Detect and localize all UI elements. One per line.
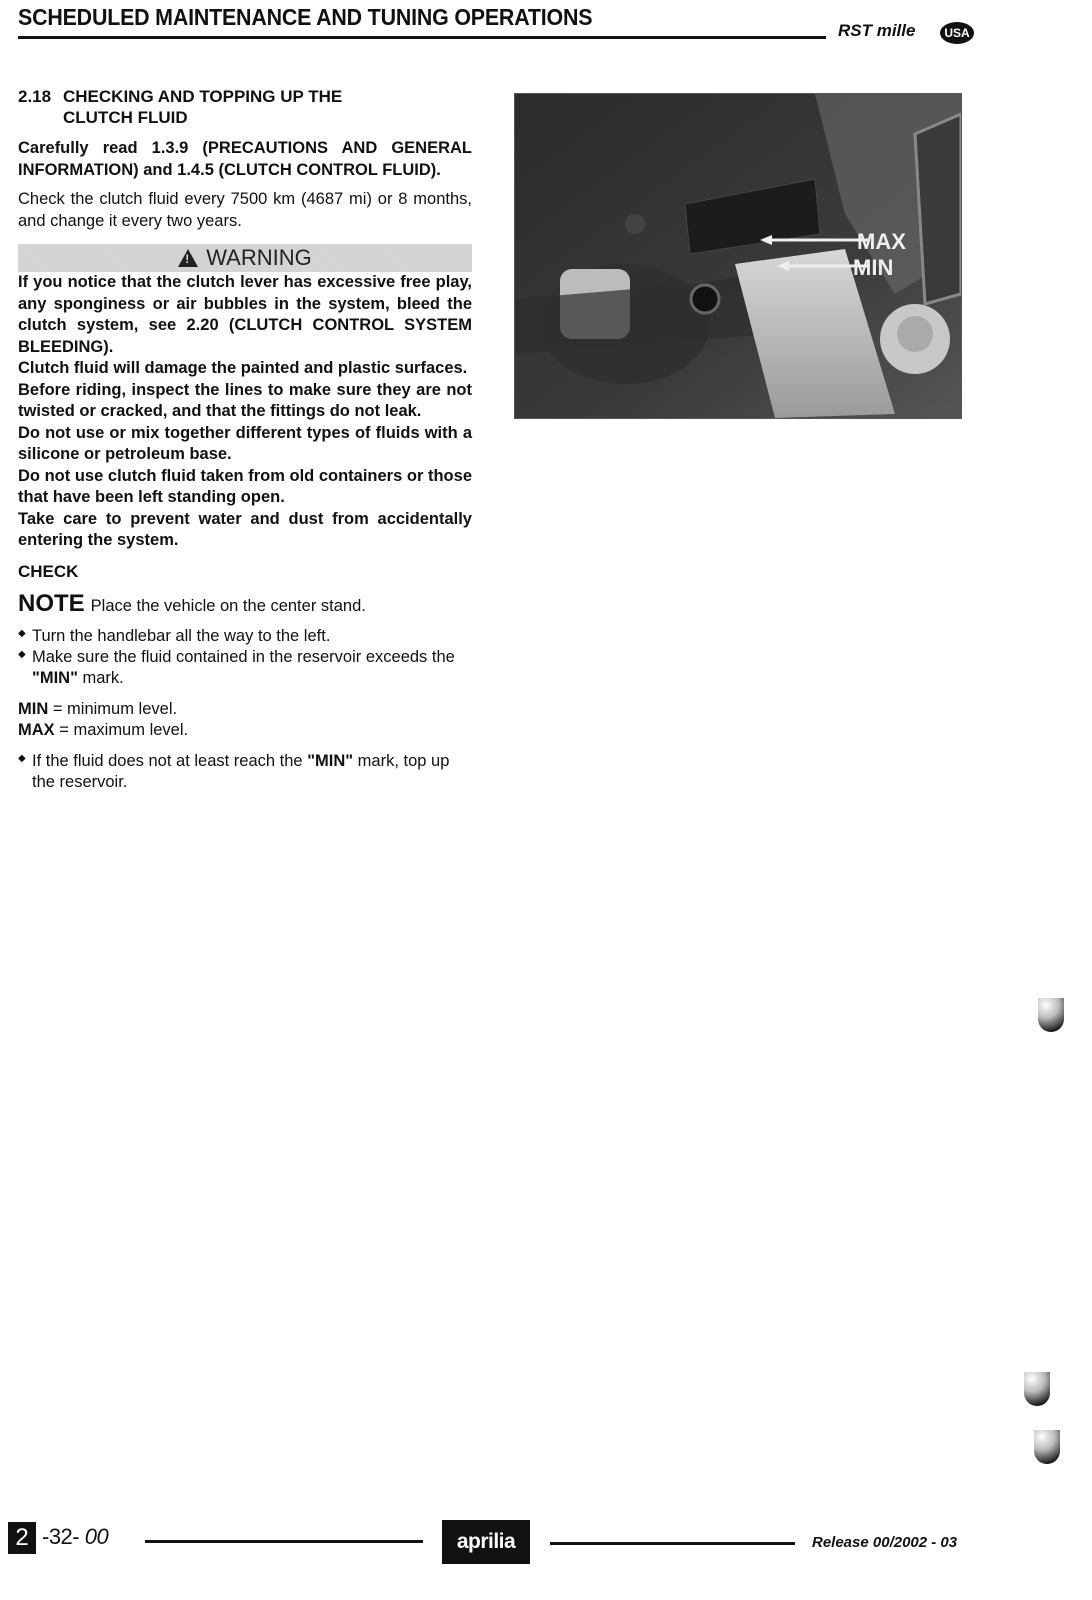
chapter-number: 2 xyxy=(8,1522,36,1554)
step-text: Turn the handlebar all the way to the le… xyxy=(32,627,330,645)
page-number-suffix: 00 xyxy=(85,1524,108,1549)
interval-paragraph: Check the clutch fluid every 7500 km (46… xyxy=(18,189,472,232)
release-info: Release 00/2002 - 03 xyxy=(812,1534,957,1551)
definition-term: MAX xyxy=(18,721,55,739)
warning-item: Before riding, inspect the lines to make… xyxy=(18,380,472,423)
warning-item: Clutch fluid will damage the painted and… xyxy=(18,358,472,380)
list-item: ◆ If the fluid does not at least reach t… xyxy=(18,751,472,793)
header-rule xyxy=(18,36,826,39)
definition-max: MAX = maximum level. xyxy=(18,720,472,741)
warning-item: If you notice that the clutch lever has … xyxy=(18,272,472,358)
list-item: ◆ Turn the handlebar all the way to the … xyxy=(18,626,472,647)
step-text: Make sure the fluid contained in the res… xyxy=(32,648,455,666)
handlebar-illustration: MAX MIN xyxy=(515,94,961,418)
note-label: NOTE xyxy=(18,590,85,617)
definition-text: = maximum level. xyxy=(55,721,188,739)
definition-term: MIN xyxy=(18,700,48,718)
diamond-bullet-icon: ◆ xyxy=(18,647,32,689)
section-number: 2.18 xyxy=(18,86,63,128)
warning-item: Do not use or mix together different typ… xyxy=(18,423,472,466)
intro-paragraph: Carefully read 1.3.9 (PRECAUTIONS AND GE… xyxy=(18,138,472,181)
binder-hole-icon xyxy=(1034,1430,1060,1464)
list-item: ◆ Make sure the fluid contained in the r… xyxy=(18,647,472,689)
main-column: 2.18 CHECKING AND TOPPING UP THE CLUTCH … xyxy=(18,86,472,793)
max-marker-label: MAX xyxy=(857,229,906,254)
step-text: If the fluid does not at least reach the xyxy=(32,752,307,770)
clutch-reservoir-photo: MAX MIN xyxy=(514,93,962,419)
section-title-text: CHECKING AND TOPPING UP THE CLUTCH FLUID xyxy=(63,86,393,128)
footer-rule-left xyxy=(145,1540,423,1543)
warning-item: Take care to prevent water and dust from… xyxy=(18,509,472,552)
warning-triangle-icon xyxy=(178,249,198,267)
binder-hole-icon xyxy=(1038,998,1064,1032)
page-number: -32- 00 xyxy=(42,1524,108,1550)
binder-hole-icon xyxy=(1024,1372,1050,1406)
note: NOTEPlace the vehicle on the center stan… xyxy=(18,590,472,618)
definition-min: MIN = minimum level. xyxy=(18,699,472,720)
step-emphasis: "MIN" xyxy=(32,669,78,687)
definition-text: = minimum level. xyxy=(48,700,177,718)
diamond-bullet-icon: ◆ xyxy=(18,626,32,647)
check-steps: ◆ Turn the handlebar all the way to the … xyxy=(18,626,472,689)
note-text: Place the vehicle on the center stand. xyxy=(91,597,366,615)
warning-list: If you notice that the clutch lever has … xyxy=(18,272,472,552)
check-heading: CHECK xyxy=(18,562,472,582)
warning-item: Do not use clutch fluid taken from old c… xyxy=(18,466,472,509)
model-name: RST mille xyxy=(838,21,915,41)
page-header-title: SCHEDULED MAINTENANCE AND TUNING OPERATI… xyxy=(18,4,592,31)
step-text: mark. xyxy=(78,669,124,687)
step-emphasis: "MIN" xyxy=(307,752,353,770)
footer-rule-right xyxy=(550,1542,795,1545)
page-number-main: -32- xyxy=(42,1524,79,1549)
warning-banner: WARNING xyxy=(18,244,472,272)
diamond-bullet-icon: ◆ xyxy=(18,751,32,793)
brand-logo: aprilia xyxy=(442,1520,530,1564)
region-badge: USA xyxy=(940,22,974,44)
level-definitions: MIN = minimum level. MAX = maximum level… xyxy=(18,699,472,741)
section-title: 2.18 CHECKING AND TOPPING UP THE CLUTCH … xyxy=(18,86,472,128)
min-marker-label: MIN xyxy=(853,255,893,280)
warning-label: WARNING xyxy=(206,245,312,271)
